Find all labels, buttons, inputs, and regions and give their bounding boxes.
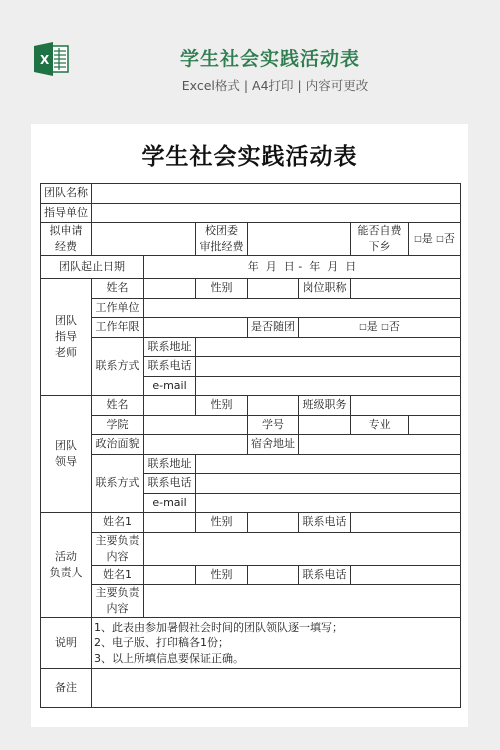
label-line: 审批经费 — [197, 239, 246, 255]
section-line: 领导 — [42, 454, 90, 470]
note-line: 3、以上所填信息要保证正确。 — [94, 651, 459, 667]
input-lead2-duty[interactable] — [144, 585, 461, 618]
row-lead1-duty: 主要负责 内容 — [41, 532, 461, 565]
label-leader-college: 学院 — [92, 415, 144, 435]
label-advisor-accompany: 是否随团 — [248, 318, 299, 338]
label-advisor-title: 岗位职称 — [299, 279, 351, 299]
input-advisor-name[interactable] — [144, 279, 196, 299]
label-proposed-budget: 拟申请 经费 — [41, 223, 92, 256]
input-leader-name[interactable] — [144, 396, 196, 416]
row-team-dates: 团队起止日期 年 月 日 - 年 月 日 — [41, 256, 461, 279]
label-team-name: 团队名称 — [41, 184, 92, 204]
label-lead2-phone: 联系电话 — [299, 565, 351, 585]
input-advisor-address[interactable] — [196, 337, 461, 357]
section-line: 老师 — [42, 345, 90, 361]
input-leader-college[interactable] — [144, 415, 248, 435]
input-lead2-name[interactable] — [144, 565, 196, 585]
row-advisor-work-years: 工作年限 是否随团 □是 □否 — [41, 318, 461, 338]
label-leader-name: 姓名 — [92, 396, 144, 416]
label-lead1-duty: 主要负责 内容 — [92, 532, 144, 565]
label-self-funded: 能否自费 下乡 — [351, 223, 409, 256]
row-guide-unit: 指导单位 — [41, 203, 461, 223]
label-leader-class-role: 班级职务 — [299, 396, 351, 416]
input-advisor-email[interactable] — [196, 376, 461, 396]
input-remarks[interactable] — [92, 669, 461, 708]
page-title: 学生社会实践活动表 — [0, 44, 500, 71]
input-advisor-work-unit[interactable] — [144, 298, 461, 318]
advisor-accompany-options: □是 □否 — [299, 318, 461, 338]
section-activity-leads: 活动 负责人 — [41, 513, 92, 618]
note-line: 1、此表由参加暑假社会时间的团队领队逐一填写； — [94, 620, 459, 636]
label-lead1-name: 姓名1 — [92, 513, 144, 533]
activity-form-table: 团队名称 指导单位 拟申请 经费 校团委 审批经费 能否自费 下乡 □是 — [40, 183, 461, 708]
label-advisor-gender: 性别 — [196, 279, 248, 299]
document-card: 学生社会实践活动表 团队名称 指导单位 拟申请 经费 校团委 审批经费 — [31, 124, 468, 727]
label-line: 经费 — [42, 239, 90, 255]
input-proposed-budget[interactable] — [92, 223, 196, 256]
row-leader-political: 政治面貌 宿舍地址 — [41, 435, 461, 455]
label-advisor-work-unit: 工作单位 — [92, 298, 144, 318]
input-advisor-work-years[interactable] — [144, 318, 248, 338]
label-notes: 说明 — [41, 618, 92, 669]
label-team-dates: 团队起止日期 — [41, 256, 144, 279]
row-lead2-duty: 主要负责 内容 — [41, 585, 461, 618]
input-leader-major[interactable] — [409, 415, 461, 435]
label-advisor-address: 联系地址 — [144, 337, 196, 357]
section-advisor: 团队 指导 老师 — [41, 279, 92, 396]
label-lead1-gender: 性别 — [196, 513, 248, 533]
row-notes: 说明 1、此表由参加暑假社会时间的团队领队逐一填写； 2、电子版、打印稿各1份；… — [41, 618, 461, 669]
label-line: 主要负责 — [93, 533, 142, 549]
label-advisor-work-years: 工作年限 — [92, 318, 144, 338]
checkbox-no[interactable]: □ — [436, 234, 444, 243]
label-leader-political: 政治面貌 — [92, 435, 144, 455]
input-lead1-gender[interactable] — [248, 513, 299, 533]
page-subtitle: Excel格式 | A4打印 | 内容可更改 — [0, 76, 500, 94]
input-leader-email[interactable] — [196, 493, 461, 513]
input-leader-phone[interactable] — [196, 474, 461, 494]
section-line: 活动 — [42, 549, 90, 565]
input-lead1-phone[interactable] — [351, 513, 461, 533]
input-leader-student-id[interactable] — [299, 415, 351, 435]
input-leader-class-role[interactable] — [351, 396, 461, 416]
input-leader-gender[interactable] — [248, 396, 299, 416]
input-advisor-gender[interactable] — [248, 279, 299, 299]
label-leader-major: 专业 — [351, 415, 409, 435]
input-team-name[interactable] — [92, 184, 461, 204]
page-header: X 学生社会实践活动表 Excel格式 | A4打印 | 内容可更改 — [0, 0, 500, 124]
document-title: 学生社会实践活动表 — [31, 138, 468, 171]
row-lead2-name: 姓名1 性别 联系电话 — [41, 565, 461, 585]
notes-content: 1、此表由参加暑假社会时间的团队领队逐一填写； 2、电子版、打印稿各1份； 3、… — [92, 618, 461, 669]
label-lead2-duty: 主要负责 内容 — [92, 585, 144, 618]
label-advisor-email: e-mail — [144, 376, 196, 396]
label-advisor-name: 姓名 — [92, 279, 144, 299]
input-guide-unit[interactable] — [92, 203, 461, 223]
input-leader-political[interactable] — [144, 435, 248, 455]
row-advisor-address: 联系方式 联系地址 — [41, 337, 461, 357]
row-budget: 拟申请 经费 校团委 审批经费 能否自费 下乡 □是 □否 — [41, 223, 461, 256]
input-leader-address[interactable] — [196, 454, 461, 474]
input-leader-dorm[interactable] — [299, 435, 461, 455]
label-lead2-name: 姓名1 — [92, 565, 144, 585]
label-line: 能否自费 — [352, 223, 407, 239]
row-team-name: 团队名称 — [41, 184, 461, 204]
option-yes: 是 — [367, 320, 378, 333]
row-lead1-name: 活动 负责人 姓名1 性别 联系电话 — [41, 513, 461, 533]
option-yes: 是 — [422, 232, 433, 245]
section-line: 指导 — [42, 329, 90, 345]
label-line: 拟申请 — [42, 223, 90, 239]
label-approved-budget: 校团委 审批经费 — [196, 223, 248, 256]
checkbox-no[interactable]: □ — [381, 322, 389, 331]
checkbox-yes[interactable]: □ — [414, 234, 422, 243]
note-line: 2、电子版、打印稿各1份； — [94, 635, 459, 651]
label-leader-phone: 联系电话 — [144, 474, 196, 494]
input-approved-budget[interactable] — [248, 223, 351, 256]
input-advisor-title[interactable] — [351, 279, 461, 299]
row-advisor-name: 团队 指导 老师 姓名 性别 岗位职称 — [41, 279, 461, 299]
section-line: 团队 — [42, 438, 90, 454]
label-line: 下乡 — [352, 239, 407, 255]
row-leader-college: 学院 学号 专业 — [41, 415, 461, 435]
date-format: 年 月 日 - 年 月 日 — [248, 260, 356, 273]
label-remarks: 备注 — [41, 669, 92, 708]
checkbox-yes[interactable]: □ — [359, 322, 367, 331]
row-remarks: 备注 — [41, 669, 461, 708]
label-leader-gender: 性别 — [196, 396, 248, 416]
label-leader-dorm: 宿舍地址 — [248, 435, 299, 455]
section-line: 负责人 — [42, 565, 90, 581]
input-lead1-duty[interactable] — [144, 532, 461, 565]
self-funded-options: □是 □否 — [409, 223, 461, 256]
row-advisor-work-unit: 工作单位 — [41, 298, 461, 318]
label-line: 校团委 — [197, 223, 246, 239]
row-leader-address: 联系方式 联系地址 — [41, 454, 461, 474]
label-line: 内容 — [93, 601, 142, 617]
label-line: 内容 — [93, 549, 142, 565]
label-leader-email: e-mail — [144, 493, 196, 513]
row-leader-name: 团队 领导 姓名 性别 班级职务 — [41, 396, 461, 416]
label-leader-contact: 联系方式 — [92, 454, 144, 513]
label-advisor-contact: 联系方式 — [92, 337, 144, 396]
label-advisor-phone: 联系电话 — [144, 357, 196, 377]
input-team-dates[interactable]: 年 月 日 - 年 月 日 — [144, 256, 461, 279]
label-leader-student-id: 学号 — [248, 415, 299, 435]
input-lead2-phone[interactable] — [351, 565, 461, 585]
section-leader: 团队 领导 — [41, 396, 92, 513]
label-lead2-gender: 性别 — [196, 565, 248, 585]
input-lead1-name[interactable] — [144, 513, 196, 533]
option-no: 否 — [444, 232, 455, 245]
label-leader-address: 联系地址 — [144, 454, 196, 474]
input-advisor-phone[interactable] — [196, 357, 461, 377]
label-guide-unit: 指导单位 — [41, 203, 92, 223]
label-line: 主要负责 — [93, 585, 142, 601]
input-lead2-gender[interactable] — [248, 565, 299, 585]
label-lead1-phone: 联系电话 — [299, 513, 351, 533]
option-no: 否 — [389, 320, 400, 333]
section-line: 团队 — [42, 313, 90, 329]
